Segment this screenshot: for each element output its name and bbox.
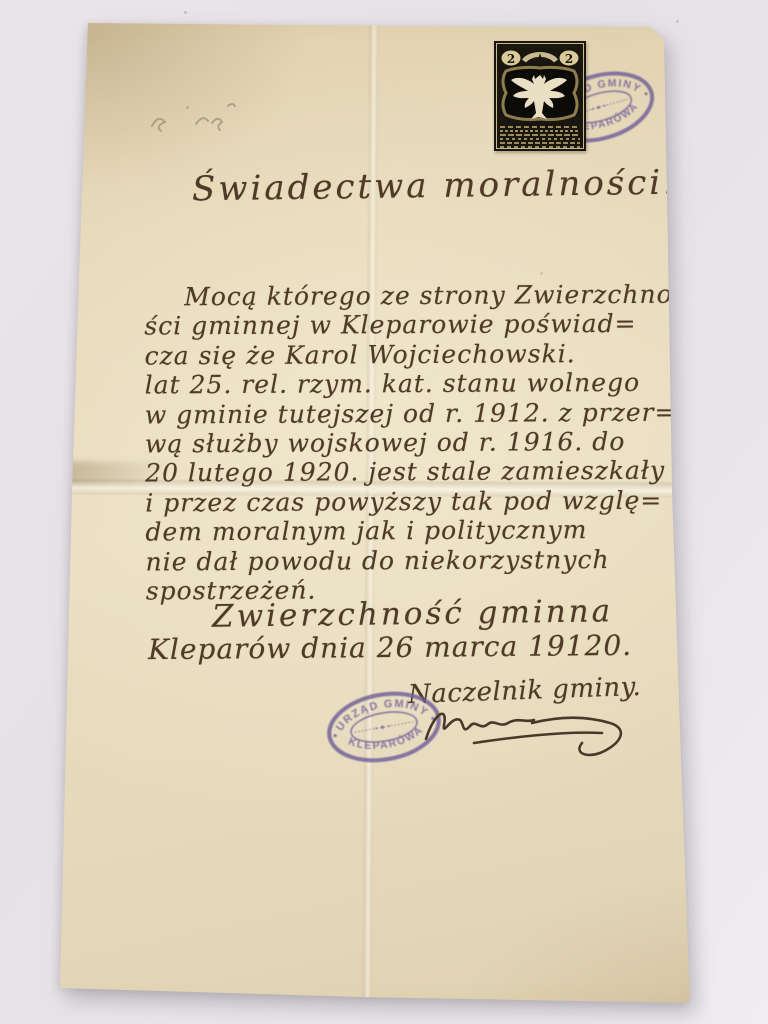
paper-speck [540, 272, 543, 275]
body-line: dem moralnym jak i politycznym [145, 515, 695, 547]
body-line: wą służby wojskowej od r. 1916. do [145, 427, 695, 459]
body-line: Mocą którego ze strony Zwierzchno= [144, 280, 694, 312]
signature [414, 693, 654, 773]
stamp-dot-icon [644, 92, 648, 96]
document-body: Mocą którego ze strony Zwierzchno= ści g… [144, 280, 696, 606]
backdrop-speck [676, 20, 679, 23]
body-line: i przez czas powyższy tak pod wzglę= [145, 485, 695, 517]
stamp-dot-icon [333, 734, 337, 738]
photo-of-document: Świadectwa moralności. Mocą którego ze s… [0, 0, 768, 1024]
paper-surface: Świadectwa moralności. Mocą którego ze s… [0, 0, 768, 1024]
backdrop-speck [184, 11, 187, 14]
body-line: cza się że Karol Wojciechowski. [144, 338, 694, 370]
paper-sheet: Świadectwa moralności. Mocą którego ze s… [0, 0, 768, 1024]
body-line: w gminie tutejszej od r. 1912. z przer= [145, 397, 695, 429]
pencil-marks [138, 100, 328, 145]
stamp-value-right: 2 [565, 52, 573, 66]
body-line: ści gminnej w Kleparowie poświad= [144, 309, 694, 341]
closing-authority-line: Zwierzchność gminna [212, 593, 614, 635]
body-line: nie dał powodu do niekorzystnych [146, 544, 696, 576]
revenue-stamp: ★ 2 2 [494, 41, 586, 151]
document-title: Świadectwa moralności. [192, 163, 677, 210]
body-line: lat 25. rel. rzym. kat. stanu wolnego [145, 368, 695, 400]
closing-date-line: Kleparów dnia 26 marca 19120. [148, 629, 632, 666]
stamp-value-left: 2 [507, 52, 515, 66]
body-line: 20 lutego 1920. jest stale zamieszkały [145, 456, 695, 488]
star-icon: ★ [533, 50, 546, 68]
